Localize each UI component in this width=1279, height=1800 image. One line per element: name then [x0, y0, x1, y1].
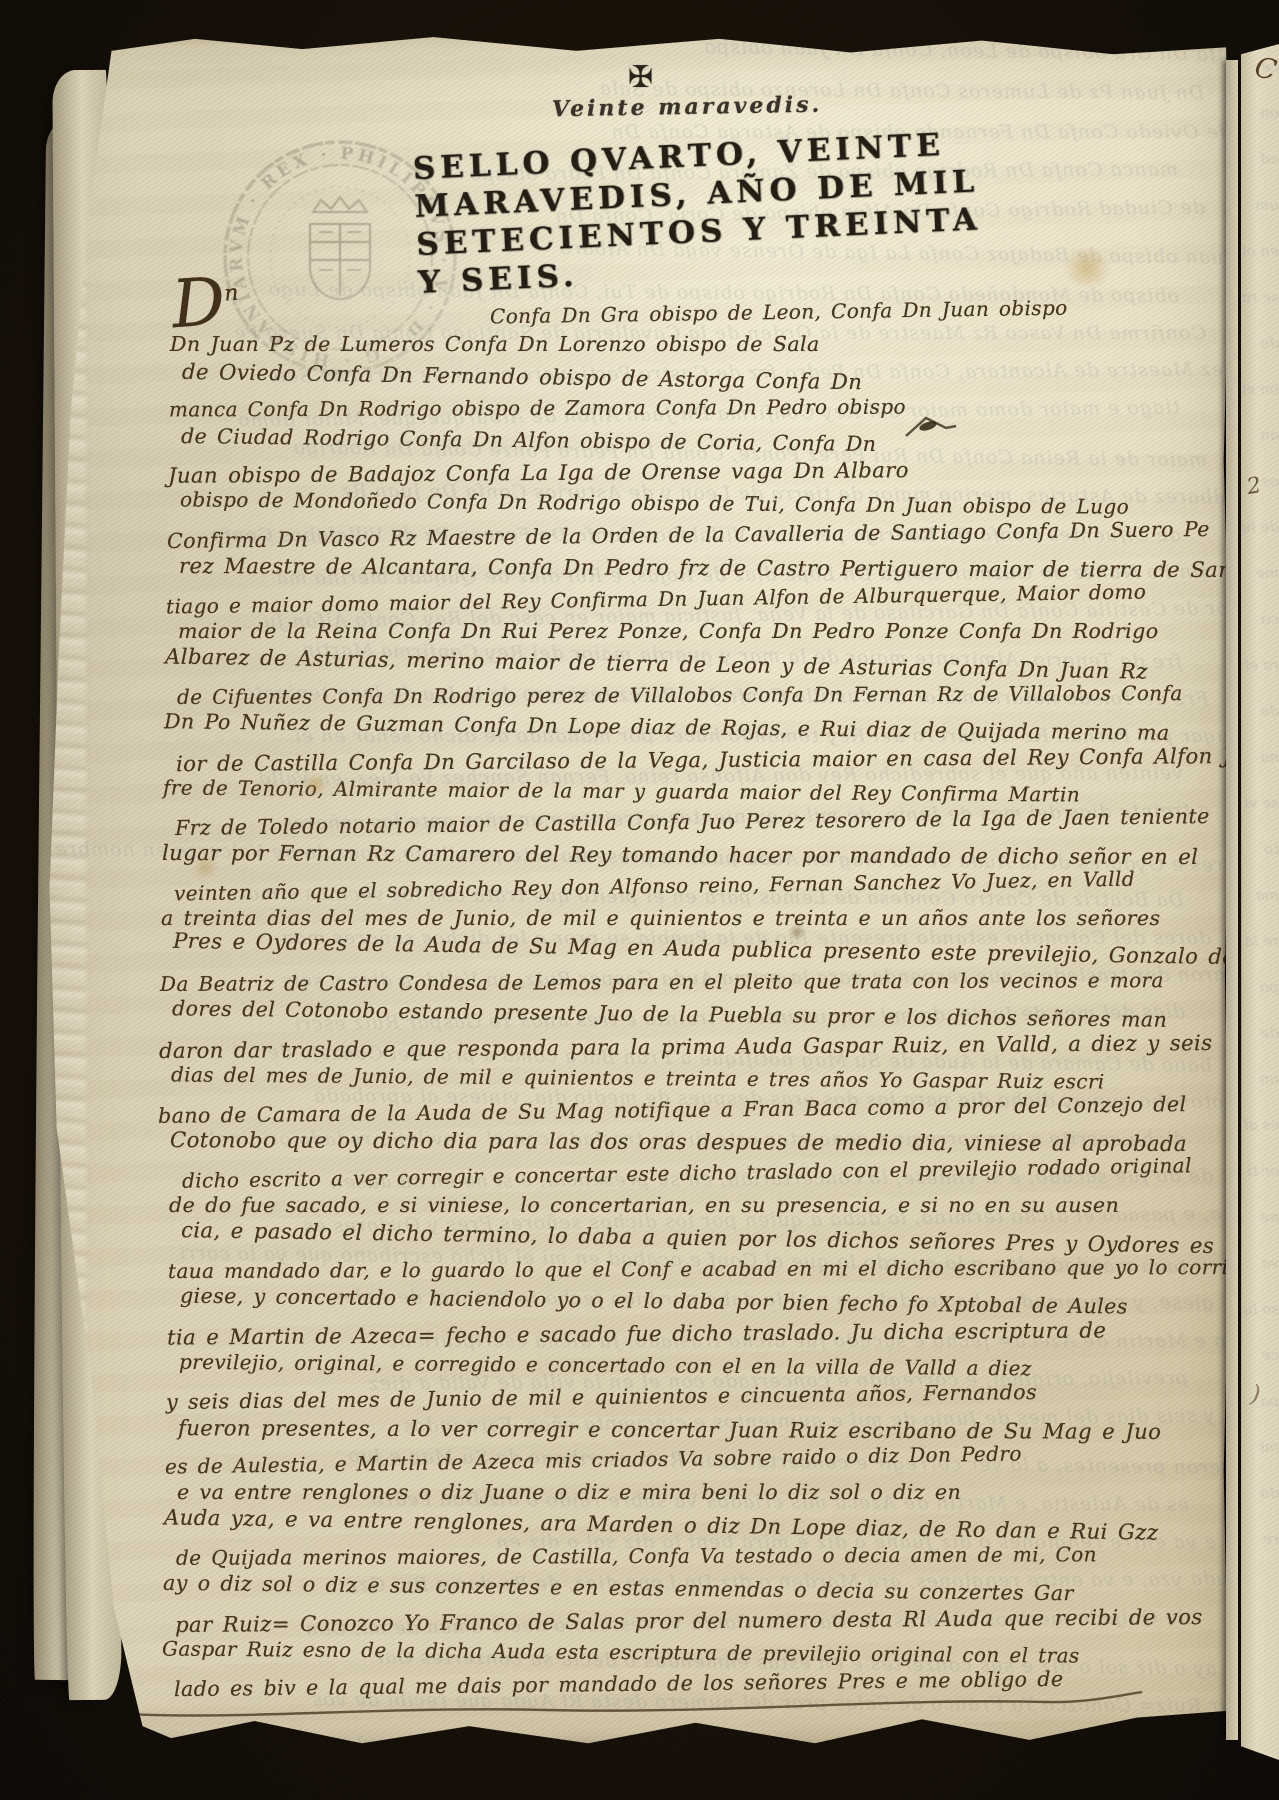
next-page-bleed-through: ce on ad um en ol se ra do im el an os d… [1241, 44, 1279, 1760]
fee-line: Veinte maravedis. [552, 92, 823, 123]
manuscript-line: obispo de Mondoñedo Confa Dn Rodrigo obi… [180, 488, 1129, 519]
manuscript-line: Confirma Dn Vasco Rz Maestre de la Orden… [167, 517, 1210, 553]
manuscript-line: tiago e maior domo maior del Rey Confirm… [166, 580, 1147, 619]
manuscript-line: Auda yza, e va entre renglones, ara Mard… [164, 1505, 1159, 1545]
manuscript-line: Dn Juan Pz de Lumeros Confa Dn Lorenzo o… [170, 332, 820, 356]
manuscript-line: Albarez de Asturias, merino maior de tie… [165, 643, 1148, 683]
scanned-manuscript-scene: Confa Dn Gra obispo de Leon, Confa Dn Ju… [0, 0, 1279, 1800]
manuscript-line: giese, y concertado e haciendolo yo o el… [180, 1283, 1128, 1318]
manuscript-line: dores del Cotonobo estando presente Juo … [172, 996, 1167, 1031]
manuscript-line: tia e Martin de Azeca= fecho e sacado fu… [167, 1317, 1106, 1349]
manuscript-line: cia, e pasado el dicho termino, lo daba … [181, 1217, 1214, 1258]
manuscript-line: Dn Po Nuñez de Guzman Confa Dn Lope diaz… [164, 709, 1170, 745]
manuscript-line: dias del mes de Junio, de mil e quinient… [171, 1062, 1105, 1093]
drop-cap-initial: Dn [170, 268, 242, 339]
manuscript-line: de do fue sacado, e si viniese, lo conce… [169, 1193, 1119, 1217]
manuscript-line: fre de Tenorio, Almirante maior de la ma… [163, 775, 1080, 806]
under-leaf-edge [1226, 60, 1238, 1740]
bleed-line: Gaspar Ruiz esno de la dicha Auda esta e… [307, 1733, 1191, 1745]
ink-blot-mark [902, 414, 962, 444]
manuscript-line: bano de Camara de la Auda de Su Mag noti… [158, 1092, 1187, 1128]
manuscript-line: de Cifuentes Confa Dn Rodrigo perez de V… [177, 681, 1183, 709]
manuscript-line: dicho escrito a ver corregir e concertar… [182, 1154, 1192, 1194]
manuscript-line: Gaspar Ruiz esno de la dicha Auda esta e… [162, 1636, 1080, 1667]
manuscript-line: taua mandado dar, e lo guardo lo que el … [168, 1255, 1229, 1283]
manuscript-line: Pres e Oydores de la Auda de Su Mag en A… [173, 928, 1232, 974]
manuscript-line: fueron presentes, a lo ver corregir e co… [178, 1415, 1161, 1444]
manuscript-line: daron dar traslado e que responda para l… [159, 1030, 1213, 1063]
manuscript-line: maior de la Reina Confa Dn Rui Perez Pon… [178, 619, 1159, 643]
manuscript-line: a treinta dias del mes de Junio, de mil … [161, 906, 1161, 930]
printed-cross-icon: ✠ [628, 60, 653, 95]
manuscript-line: par Ruiz= Conozco Yo Franco de Salas pro… [175, 1604, 1203, 1637]
sello-header-block: SELLO QVARTO, VEINTE MARAVEDIS, AÑO DE M… [412, 124, 984, 302]
bleed-line: Confa Dn Gra obispo de Leon, Confa Dn Ju… [703, 36, 1232, 66]
manuscript-line: Juan obispo de Badajoz Confa La Iga de O… [168, 457, 909, 488]
manuscript-line: veinten año que el sobredicho Rey don Al… [174, 867, 1135, 906]
manuscript-line: es de Aulestia, e Martin de Azeca mis cr… [165, 1442, 1022, 1479]
manuscript-line: Confa Dn Gra obispo de Leon, Confa Dn Ju… [490, 296, 1068, 329]
manuscript-line: rez Maestre de Alcantara, Confa Dn Pedro… [179, 553, 1232, 582]
manuscript-page: Confa Dn Gra obispo de Leon, Confa Dn Ju… [40, 32, 1232, 1745]
manuscript-line: lugar por Fernan Rz Camarero del Rey tom… [162, 840, 1198, 869]
manuscript-line: y seis dias del mes de Junio de mil e qu… [166, 1380, 1037, 1414]
manuscript-line: ior de Castilla Confa Dn Garcilaso de la… [176, 742, 1232, 775]
next-page-edge: ce on ad um en ol se ra do im el an os d… [1241, 44, 1279, 1760]
manuscript-line: Cotonobo que oy dicho dia para las dos o… [170, 1127, 1187, 1156]
manuscript-line: ay o diz sol o diz e sus conzertes e en … [163, 1571, 1074, 1605]
paper-stain [1060, 250, 1114, 286]
manuscript-line: de Oviedo Confa Dn Fernando obispo de As… [182, 359, 863, 394]
pen-flourish-rule [126, 1684, 1146, 1724]
manuscript-line: manca Confa Dn Rodrigo obispo de Zamora … [169, 394, 906, 421]
coat-of-arms-icon [270, 187, 410, 327]
manuscript-line: Frz de Toledo notario maior de Castilla … [175, 804, 1210, 840]
manuscript-line: previlejio, original, e corregido e conc… [179, 1349, 1032, 1380]
manuscript-line: de Ciudad Rodrigo Confa Dn Alfon obispo … [181, 424, 877, 456]
manuscript-line: Da Beatriz de Castro Condesa de Lemos pa… [160, 968, 1164, 996]
manuscript-line: de Quijada merinos maiores, de Castilla,… [176, 1542, 1097, 1570]
manuscript-line: e va entre renglones o diz Juane o diz e… [177, 1480, 961, 1504]
